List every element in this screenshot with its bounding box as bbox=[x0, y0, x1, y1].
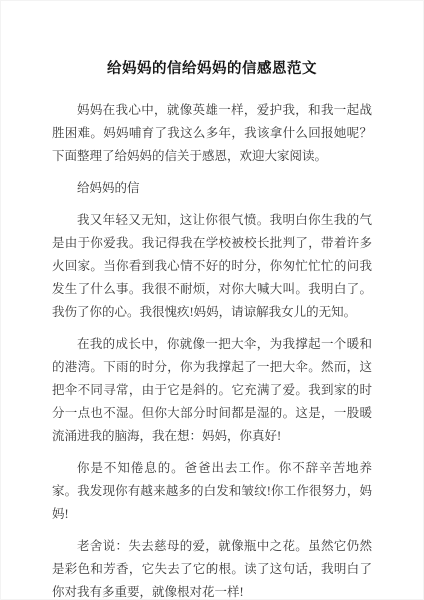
letter-subheading: 给妈妈的信 bbox=[52, 177, 372, 200]
document-title: 给妈妈的信给妈妈的信感恩范文 bbox=[0, 0, 424, 78]
paragraph: 我又年轻又无知，这让你很气愤。我明白你生我的气是由于你爱我。我记得我在学校被校长… bbox=[52, 209, 372, 324]
paragraph: 妈妈在我心中，就像英雄一样，爱护我，和我一起战胜困难。妈妈哺育了我这么多年，我该… bbox=[52, 99, 372, 168]
paragraph: 你是不知倦息的。爸爸出去工作。你不辞辛苦地养家。我发现你有越来越多的白发和皱纹!… bbox=[52, 457, 372, 526]
page-number: 1 bbox=[0, 563, 424, 574]
document-page: 给妈妈的信给妈妈的信感恩范文 妈妈在我心中，就像英雄一样，爱护我，和我一起战胜困… bbox=[0, 0, 424, 600]
paragraph: 在我的成长中，你就像一把大伞，为我撑起一个暖和的港湾。下雨的时分，你为我撑起了一… bbox=[52, 333, 372, 448]
document-body: 妈妈在我心中，就像英雄一样，爱护我，和我一起战胜困难。妈妈哺育了我这么多年，我该… bbox=[0, 99, 424, 600]
